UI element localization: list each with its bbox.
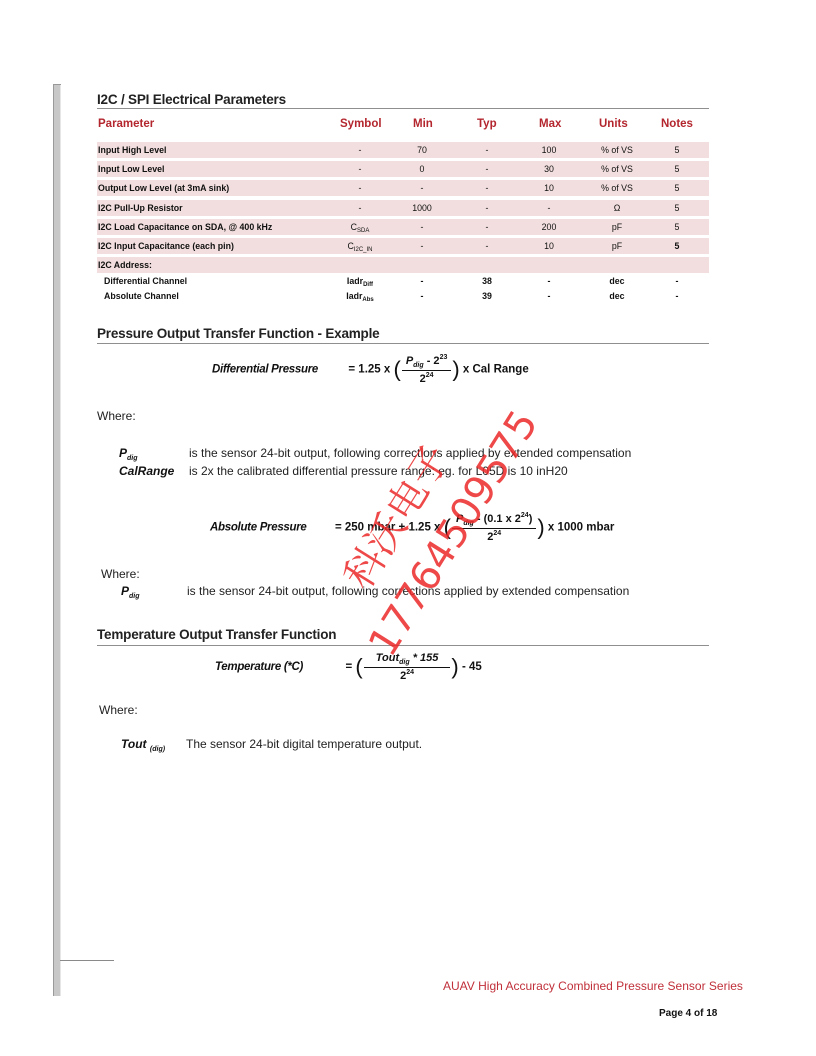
- cell-min: -: [402, 276, 442, 286]
- table-row: Differential ChannelIadrDiff-38-dec-: [97, 273, 709, 287]
- cell-units: % of VS: [592, 183, 642, 193]
- table-row: Input Low Level-0-30% of VS5: [97, 161, 709, 177]
- where-label: Where:: [99, 703, 138, 717]
- cell-typ: -: [467, 183, 507, 193]
- cell-min: 0: [402, 164, 442, 174]
- formula-lhs: Differential Pressure: [212, 364, 318, 376]
- cell-parameter: I2C Pull-Up Resistor: [98, 203, 183, 213]
- def-term-calrange: CalRange: [119, 464, 174, 478]
- header-notes: Notes: [661, 118, 693, 130]
- cell-units: % of VS: [592, 145, 642, 155]
- formula-eq: = 250 mbar + 1.25 x: [335, 522, 441, 534]
- header-parameter: Parameter: [98, 118, 154, 130]
- differential-pressure-formula: Differential Pressure = 1.25 x (Pdig - 2…: [212, 354, 529, 385]
- header-min: Min: [413, 118, 433, 130]
- pressure-section-title: Pressure Output Transfer Function - Exam…: [97, 326, 379, 341]
- def-text-pdig: is the sensor 24-bit output, following c…: [187, 584, 629, 598]
- cell-max: -: [529, 276, 569, 286]
- formula-tail: - 45: [462, 661, 482, 673]
- section-divider: [97, 108, 709, 109]
- cell-symbol: CSDA: [335, 222, 385, 234]
- header-max: Max: [539, 118, 561, 130]
- cell-symbol: -: [335, 145, 385, 155]
- cell-min: 1000: [402, 203, 442, 213]
- formula-eq: =: [345, 661, 352, 673]
- cell-units: pF: [592, 241, 642, 251]
- header-units: Units: [599, 118, 628, 130]
- table-row: Absolute ChannelIadrAbs-39-dec-: [97, 288, 709, 302]
- table-row: Input High Level-70-100% of VS5: [97, 142, 709, 158]
- cell-max: -: [529, 291, 569, 301]
- cell-typ: 38: [467, 276, 507, 286]
- cell-units: Ω: [592, 203, 642, 213]
- cell-units: dec: [592, 291, 642, 301]
- cell-min: -: [402, 222, 442, 232]
- formula-tail: x 1000 mbar: [548, 522, 615, 534]
- cell-symbol: -: [335, 164, 385, 174]
- cell-max: 10: [529, 183, 569, 193]
- cell-typ: -: [467, 145, 507, 155]
- table-header: Parameter Symbol Min Typ Max Units Notes: [97, 118, 709, 134]
- cell-notes: 5: [657, 241, 697, 251]
- absolute-pressure-formula: Absolute Pressure = 250 mbar + 1.25 x (P…: [210, 512, 614, 543]
- cell-notes: 5: [657, 222, 697, 232]
- cell-notes: -: [657, 291, 697, 301]
- formula-fraction: Pdig - (0.1 x 224)224: [452, 512, 536, 543]
- def-text-calrange: is 2x the calibrated differential pressu…: [189, 464, 568, 478]
- footer-rule: [60, 960, 114, 961]
- cell-parameter: Input High Level: [98, 145, 166, 155]
- def-text-tout: The sensor 24-bit digital temperature ou…: [186, 737, 422, 751]
- table-row: I2C Pull-Up Resistor-1000--Ω5: [97, 200, 709, 216]
- cell-max: 200: [529, 222, 569, 232]
- header-symbol: Symbol: [340, 118, 382, 130]
- cell-symbol: -: [335, 183, 385, 193]
- table-row-address-label: I2C Address:: [97, 257, 709, 273]
- page-number: Page 4 of 18: [659, 1008, 717, 1019]
- cell-symbol: IadrDiff: [335, 276, 385, 288]
- cell-typ: -: [467, 241, 507, 251]
- cell-min: -: [402, 291, 442, 301]
- formula-fraction: Pdig - 223224: [402, 354, 452, 385]
- cell-notes: 5: [657, 145, 697, 155]
- cell-min: -: [402, 241, 442, 251]
- cell-min: -: [402, 183, 442, 193]
- cell-typ: 39: [467, 291, 507, 301]
- temperature-section-title: Temperature Output Transfer Function: [97, 627, 336, 642]
- table-row: Output Low Level (at 3mA sink)---10% of …: [97, 180, 709, 196]
- temperature-formula: Temperature (*C) = (Toutdig * 155224) - …: [215, 652, 482, 682]
- def-term-pdig: Pdig: [119, 446, 138, 462]
- cell-parameter: I2C Input Capacitance (each pin): [98, 241, 234, 251]
- cell-parameter: Differential Channel: [104, 276, 187, 286]
- formula-lhs: Absolute Pressure: [210, 522, 307, 534]
- cell-parameter: Absolute Channel: [104, 291, 179, 301]
- formula-fraction: Toutdig * 155224: [364, 652, 451, 682]
- def-term-tout: Tout (dig): [121, 737, 165, 753]
- cell-parameter: Input Low Level: [98, 164, 164, 174]
- section-divider: [97, 343, 709, 344]
- cell-parameter: Output Low Level (at 3mA sink): [98, 183, 229, 193]
- formula-eq: = 1.25 x: [348, 364, 390, 376]
- cell-parameter: I2C Load Capacitance on SDA, @ 400 kHz: [98, 222, 272, 232]
- table-section-title: I2C / SPI Electrical Parameters: [97, 92, 286, 107]
- cell-notes: 5: [657, 203, 697, 213]
- cell-notes: 5: [657, 164, 697, 174]
- cell-units: pF: [592, 222, 642, 232]
- header-typ: Typ: [477, 118, 497, 130]
- formula-lhs: Temperature (*C): [215, 661, 303, 673]
- where-label: Where:: [97, 409, 136, 423]
- cell-typ: -: [467, 164, 507, 174]
- margin-tick: [53, 84, 61, 85]
- table-row: I2C Load Capacitance on SDA, @ 400 kHzCS…: [97, 219, 709, 235]
- where-label: Where:: [101, 567, 140, 581]
- page-margin-bar: [53, 84, 61, 996]
- cell-parameter: I2C Address:: [98, 260, 152, 270]
- cell-symbol: CI2C_IN: [335, 241, 385, 253]
- table-row: I2C Input Capacitance (each pin)CI2C_IN-…: [97, 238, 709, 254]
- cell-max: 100: [529, 145, 569, 155]
- cell-notes: -: [657, 276, 697, 286]
- cell-max: -: [529, 203, 569, 213]
- cell-units: dec: [592, 276, 642, 286]
- cell-max: 30: [529, 164, 569, 174]
- cell-max: 10: [529, 241, 569, 251]
- cell-notes: 5: [657, 183, 697, 193]
- def-text-pdig: is the sensor 24-bit output, following c…: [189, 446, 631, 460]
- cell-symbol: -: [335, 203, 385, 213]
- cell-min: 70: [402, 145, 442, 155]
- cell-typ: -: [467, 203, 507, 213]
- def-term-pdig: Pdig: [121, 584, 140, 600]
- formula-tail: x Cal Range: [463, 364, 529, 376]
- footer-series-title: AUAV High Accuracy Combined Pressure Sen…: [443, 979, 743, 993]
- cell-units: % of VS: [592, 164, 642, 174]
- section-divider: [97, 645, 709, 646]
- cell-symbol: IadrAbs: [335, 291, 385, 303]
- cell-typ: -: [467, 222, 507, 232]
